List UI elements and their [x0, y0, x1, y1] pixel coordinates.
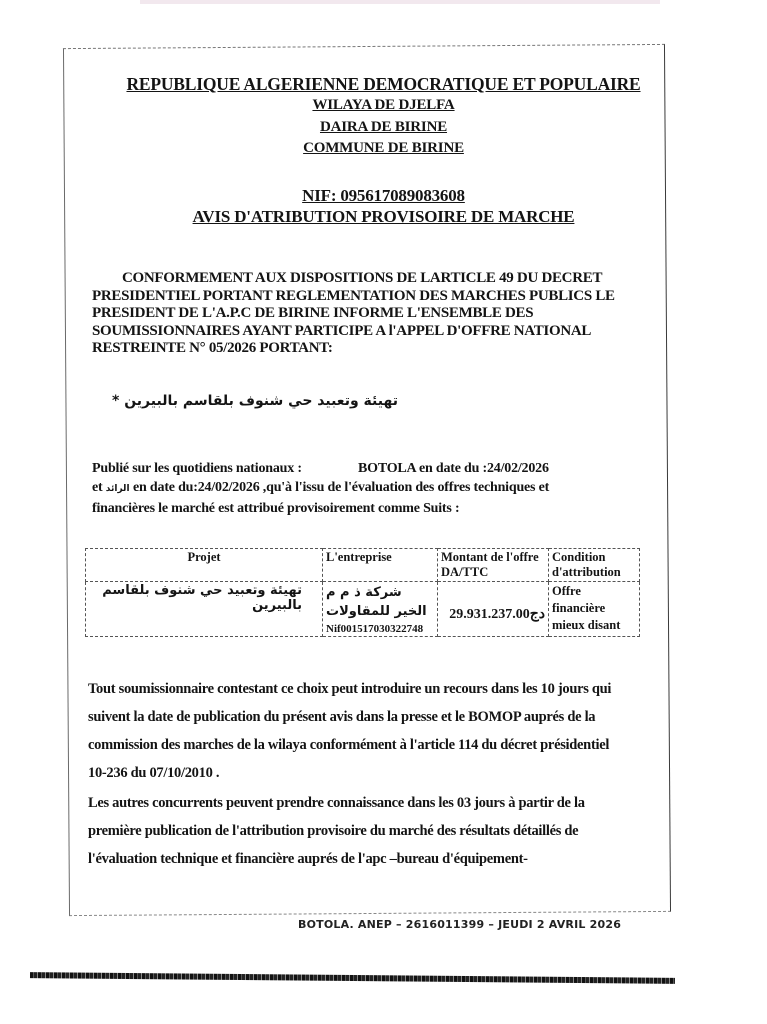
cell-condition: Offre financière mieux disant	[549, 582, 640, 637]
publication-footer: BOTOLA. ANEP – 2616011399 – JEUDI 2 AVRI…	[298, 918, 621, 931]
publication-line2: en date du:24/02/2026 ,qu'à l'issu de l'…	[133, 480, 549, 495]
header-entreprise: L'entreprise	[323, 549, 438, 582]
cell-entreprise: شركة ذ م م الخير للمقاولات Nif0015170303…	[323, 582, 438, 637]
country-heading: REPUBLIQUE ALGERIENNE DEMOCRATIQUE ET PO…	[0, 74, 767, 95]
scan-edge-strip	[30, 972, 675, 984]
consultation-paragraph: Les autres concurrents peuvent prendre c…	[88, 789, 618, 873]
daira-heading: DAIRA DE BIRINE	[0, 119, 767, 136]
cell-projet: تهيئة وتعبيد حي شنوف بلقاسم بالبيرين	[86, 582, 323, 637]
publication-label: Publié sur les quotidiens nationaux :	[92, 461, 302, 476]
commune-heading: COMMUNE DE BIRINE	[0, 140, 767, 157]
cell-montant: 29.931.237.00دج	[438, 582, 549, 637]
table-header-row: Projet L'entreprise Montant de l'offre D…	[86, 549, 640, 582]
nif-heading: NIF: 095617089083608	[0, 186, 767, 206]
publication-et: et	[92, 480, 102, 495]
header-montant: Montant de l'offre DA/TTC	[438, 549, 549, 582]
scan-artifact	[140, 0, 660, 4]
entreprise-name: شركة ذ م م الخير للمقاولات	[326, 583, 434, 621]
header-condition: Condition d'attribution	[549, 549, 640, 582]
intro-paragraph: CONFORMEMENT AUX DISPOSITIONS DE LARTICL…	[92, 270, 632, 358]
table-row: تهيئة وتعبيد حي شنوف بلقاسم بالبيرين شرك…	[86, 582, 640, 637]
publication-line3: financières le marché est attribué provi…	[92, 499, 612, 518]
wilaya-heading: WILAYA DE DJELFA	[0, 97, 767, 114]
header-projet: Projet	[86, 549, 323, 582]
intro-first-line: CONFORMEMENT AUX DISPOSITIONS DE LARTICL…	[92, 270, 632, 288]
publication-paragraph: Publié sur les quotidiens nationaux : BO…	[92, 459, 612, 518]
notice-title: AVIS D'ATRIBUTION PROVISOIRE DE MARCHE	[0, 207, 767, 227]
publication-paper1: BOTOLA en date du :24/02/2026	[358, 459, 549, 478]
entreprise-nif: Nif001517030322748	[326, 623, 434, 635]
publication-paper2: الرائد	[106, 484, 130, 494]
attribution-table: Projet L'entreprise Montant de l'offre D…	[85, 548, 640, 637]
recours-paragraph: Tout soumissionnaire contestant ce choix…	[88, 675, 618, 787]
project-title-arabic: تهيئة وتعبيد حي شنوف بلقاسم بالبيرين *	[112, 393, 398, 409]
intro-rest: PRESIDENTIEL PORTANT REGLEMENTATION DES …	[92, 288, 615, 357]
